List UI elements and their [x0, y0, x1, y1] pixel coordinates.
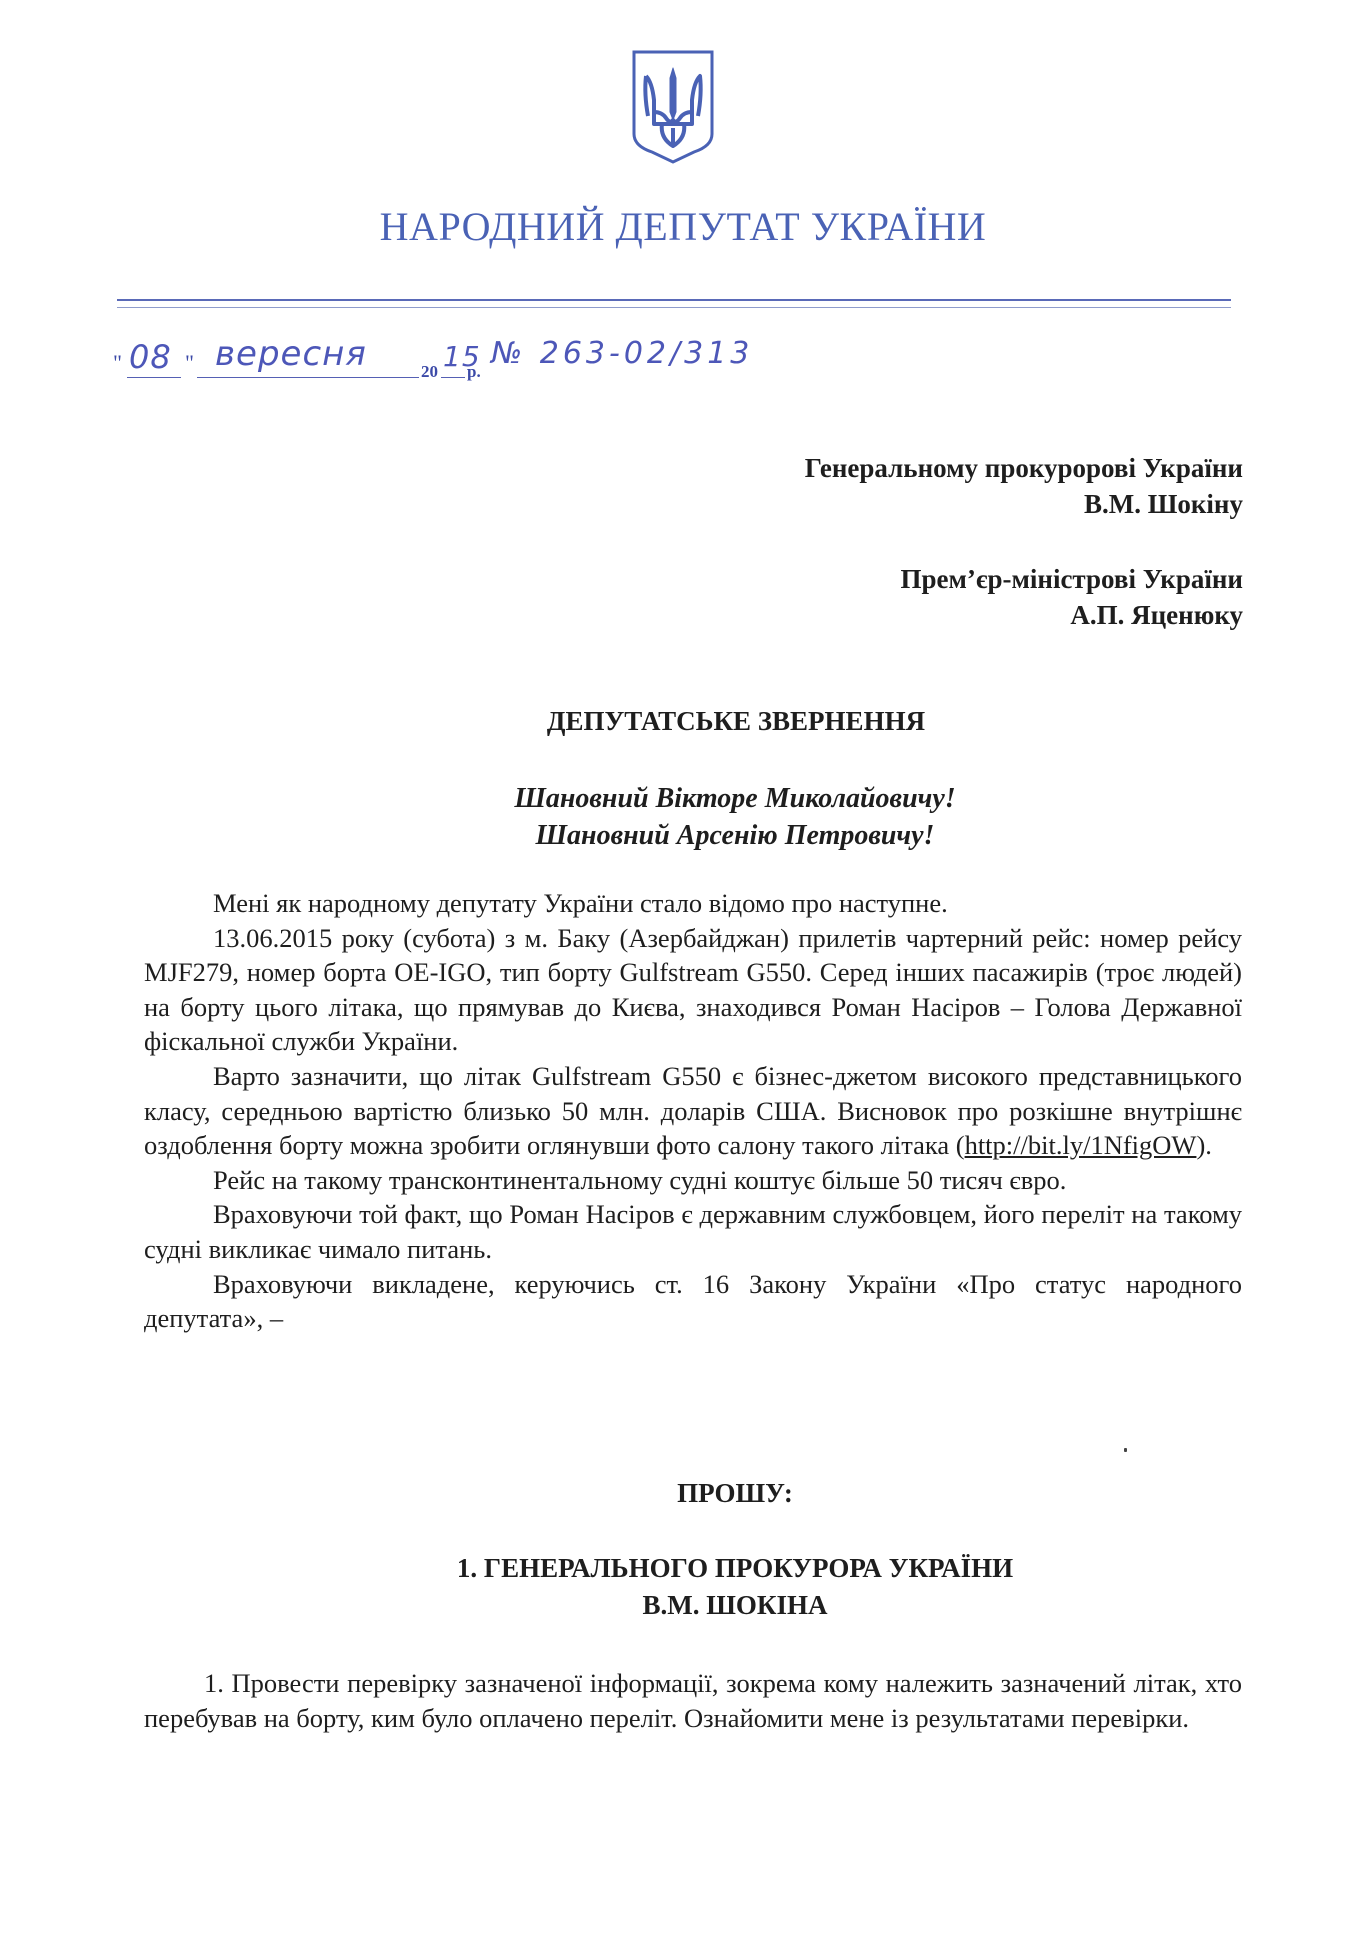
salutation-line: Шановний Арсенію Петровичу!	[0, 817, 1366, 854]
link-suffix: ).	[1196, 1130, 1211, 1160]
letterhead-title: НАРОДНИЙ ДЕПУТАТ УКРАЇНИ	[0, 203, 1366, 250]
quote-close: "	[185, 350, 194, 376]
body-paragraph: 13.06.2015 року (субота) з м. Баку (Азер…	[144, 921, 1242, 1059]
appeal-body: Мені як народному депутату України стало…	[144, 886, 1242, 1336]
addressee-name: В.М. Шокіну	[805, 486, 1243, 522]
photo-link[interactable]: http://bit.ly/1NfigOW	[965, 1130, 1197, 1160]
body-paragraph: Варто зазначити, що літак Gulfstream G55…	[144, 1059, 1242, 1163]
addressee-prosecutor: Генеральному прокуророві України В.М. Шо…	[805, 450, 1243, 522]
body-paragraph: Мені як народному депутату України стало…	[144, 886, 1242, 921]
document-page: НАРОДНИЙ ДЕПУТАТ УКРАЇНИ " 08 " вересня …	[0, 0, 1366, 1933]
registration-number: № 263-02/313	[491, 336, 753, 371]
addressee-prime-minister: Прем’єр-міністрові України А.П. Яценюку	[900, 561, 1243, 633]
section-heading-line: В.М. ШОКІНА	[0, 1587, 1366, 1624]
request-heading: ПРОШУ:	[0, 1478, 1366, 1509]
addressee-name: А.П. Яценюку	[900, 597, 1243, 633]
scan-speck	[1124, 1448, 1127, 1452]
salutation-block: Шановний Вікторе Миколайовичу! Шановний …	[0, 780, 1366, 854]
section-heading-line: 1. ГЕНЕРАЛЬНОГО ПРОКУРОРА УКРАЇНИ	[0, 1550, 1366, 1587]
quote-open: "	[113, 350, 122, 376]
body-paragraph: Враховуючи той факт, що Роман Насіров є …	[144, 1197, 1242, 1266]
day-underline	[127, 377, 181, 378]
section-heading: 1. ГЕНЕРАЛЬНОГО ПРОКУРОРА УКРАЇНИ В.М. Ш…	[0, 1550, 1366, 1624]
year-unit: р.	[467, 362, 481, 382]
body-paragraph: Рейс на такому трансконтинентальному суд…	[144, 1163, 1242, 1198]
letterhead-divider-thin	[117, 307, 1231, 308]
registration-line: " 08 " вересня 20 15 р. № 263-02/313	[113, 342, 773, 392]
addressee-position: Генеральному прокуророві України	[805, 450, 1243, 486]
letterhead-divider-thick	[117, 299, 1231, 301]
year-underline	[441, 377, 465, 378]
trident-emblem-icon	[632, 50, 714, 164]
document-title: ДЕПУТАТСЬКЕ ЗВЕРНЕННЯ	[0, 706, 1366, 737]
salutation-line: Шановний Вікторе Миколайовичу!	[0, 780, 1366, 817]
body-paragraph: Враховуючи викладене, керуючись ст. 16 З…	[144, 1267, 1242, 1336]
year-prefix: 20	[421, 362, 438, 382]
addressee-position: Прем’єр-міністрові України	[900, 561, 1243, 597]
month-underline	[197, 377, 419, 378]
registration-day: 08	[129, 338, 172, 376]
request-item: 1. Провести перевірку зазначеної інформа…	[144, 1666, 1242, 1735]
registration-month: вересня	[215, 334, 367, 374]
request-list: 1. Провести перевірку зазначеної інформа…	[144, 1666, 1242, 1735]
